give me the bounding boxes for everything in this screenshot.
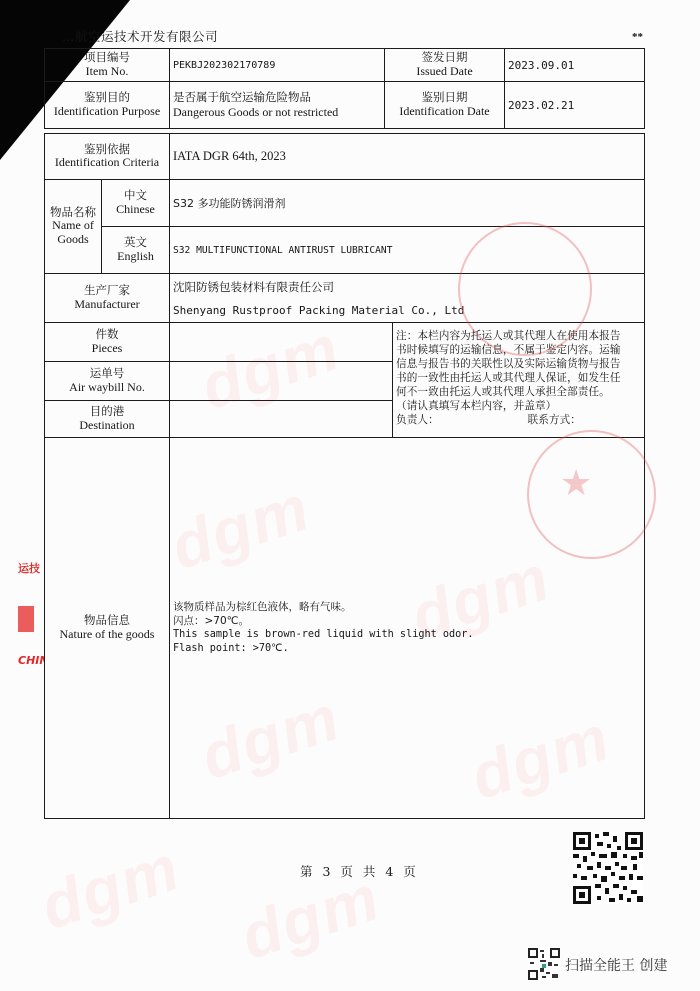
note-line: （请认真填写本栏内容，并盖章）: [396, 399, 641, 413]
destination-label: 目的港 Destination: [44, 400, 170, 438]
destination-label-en: Destination: [79, 419, 134, 433]
item-no-value: PEKBJ202302170789: [169, 48, 385, 82]
purpose-value: 是否属于航空运输危险物品 Dangerous Goods or not rest…: [169, 81, 385, 129]
company-seal-stamp: [458, 222, 592, 356]
destination-value[interactable]: [169, 400, 393, 438]
identification-date-label-cn: 鉴别日期: [422, 91, 468, 104]
goods-english-label: 英文 English: [101, 226, 170, 274]
purpose-value-cn: 是否属于航空运输危险物品: [173, 90, 384, 104]
goods-name-label: 物品名称 Name of Goods: [44, 179, 102, 274]
identification-date-text: 2023.02.21: [508, 99, 644, 112]
nature-line-cn: 该物质样品为棕红色液体，略有气味。: [173, 601, 644, 615]
nature-line-cn: 闪点：>70℃。: [173, 615, 644, 629]
goods-name-label-en-2: Goods: [57, 233, 88, 247]
note-line: 何不一致由托运人或其代理人承担全部责任。: [396, 385, 641, 399]
goods-english-label-en: English: [117, 250, 154, 264]
left-stamp-logo-icon: [18, 606, 34, 632]
item-no-label-cn: 项目编号: [84, 51, 130, 64]
destination-label-cn: 目的港: [90, 405, 125, 418]
issued-date-label-en: Issued Date: [416, 65, 472, 79]
nature-description: 该物质样品为棕红色液体，略有气味。 闪点：>70℃。 This sample i…: [173, 601, 644, 655]
identification-date-value: 2023.02.21: [504, 81, 645, 129]
waybill-value[interactable]: [169, 361, 393, 401]
nature-label-cn: 物品信息: [84, 614, 130, 627]
nature-label-en: Nature of the goods: [60, 628, 155, 642]
purpose-value-en: Dangerous Goods or not restricted: [173, 105, 384, 120]
issued-date-value: 2023.09.01: [504, 48, 645, 82]
note-line: 信息与报告书的关联性以及实际运输货物与报告: [396, 357, 641, 371]
pieces-label-en: Pieces: [92, 342, 123, 356]
goods-chinese-label-cn: 中文: [124, 189, 147, 202]
pieces-label-cn: 件数: [96, 328, 119, 341]
nature-line-en: Flash point: >70℃.: [173, 642, 644, 656]
header-marker: **: [632, 31, 643, 43]
scanner-watermark-label: 扫描全能王 创建: [565, 955, 667, 975]
left-stamp-text: 运技: [18, 560, 44, 576]
issued-date-label-cn: 签发日期: [422, 51, 468, 64]
manufacturer-label-en: Manufacturer: [74, 298, 139, 312]
contact-label: 联系方式：: [528, 413, 581, 427]
pieces-value[interactable]: [169, 322, 393, 362]
waybill-label-cn: 运单号: [90, 367, 125, 380]
issued-date-label: 签发日期 Issued Date: [384, 48, 505, 82]
issued-date-text: 2023.09.01: [508, 59, 644, 72]
goods-chinese-label: 中文 Chinese: [101, 179, 170, 227]
goods-name-label-en-1: Name of: [52, 219, 94, 233]
item-no-label-en: Item No.: [86, 65, 129, 79]
waybill-label: 运单号 Air waybill No.: [44, 361, 170, 401]
goods-chinese-value: S32 多功能防锈润滑剂: [169, 179, 645, 227]
watermark: dgm: [32, 830, 189, 944]
manufacturer-label: 生产厂家 Manufacturer: [44, 273, 170, 323]
page-indicator: 第 3 页 共 4 页: [300, 862, 419, 880]
purpose-label-en: Identification Purpose: [54, 105, 160, 119]
note-line: 书的一致性由托运人或其代理人保证，如发生任: [396, 371, 641, 385]
item-no-text: PEKBJ202302170789: [173, 60, 384, 71]
nature-line-en: This sample is brown-red liquid with sli…: [173, 628, 644, 642]
criteria-text: IATA DGR 64th, 2023: [173, 149, 644, 164]
note-signature-row: 负责人： 联系方式：: [396, 413, 641, 427]
goods-chinese-text: S32 多功能防锈润滑剂: [173, 195, 644, 211]
left-stamp-text-china: CHIN: [18, 654, 44, 667]
scanner-qr-icon: [528, 948, 560, 980]
manufacturer-label-cn: 生产厂家: [84, 284, 130, 297]
waybill-label-en: Air waybill No.: [69, 381, 145, 395]
company-header: …航空运技术开发有限公司: [62, 27, 218, 45]
responsible-label: 负责人：: [396, 413, 439, 427]
identification-date-label: 鉴别日期 Identification Date: [384, 81, 505, 129]
seal-star-icon: ★: [560, 462, 592, 504]
purpose-label-cn: 鉴别目的: [84, 91, 130, 104]
goods-chinese-label-en: Chinese: [116, 203, 155, 217]
pieces-label: 件数 Pieces: [44, 322, 170, 362]
identification-date-label-en: Identification Date: [399, 105, 489, 119]
criteria-label: 鉴别依据 Identification Criteria: [44, 133, 170, 180]
nature-label: 物品信息 Nature of the goods: [44, 437, 170, 819]
goods-english-label-cn: 英文: [124, 236, 147, 249]
item-no-label: 项目编号 Item No.: [44, 48, 170, 82]
criteria-value: IATA DGR 64th, 2023: [169, 133, 645, 180]
criteria-label-en: Identification Criteria: [55, 156, 159, 170]
qr-code-icon[interactable]: [573, 832, 643, 904]
purpose-label: 鉴别目的 Identification Purpose: [44, 81, 170, 129]
left-edge-stamp: 运技 CHIN: [18, 552, 44, 677]
